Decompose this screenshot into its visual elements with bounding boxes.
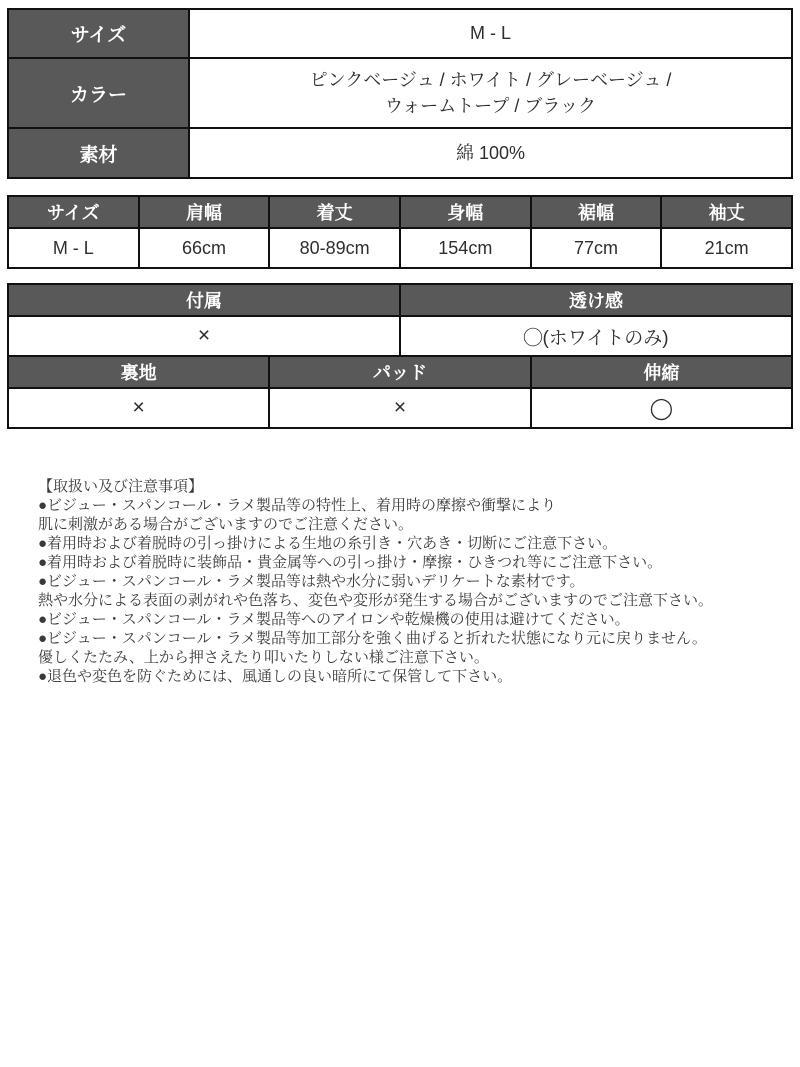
meas-value-size: M - L [8, 228, 139, 268]
spec-table: サイズ M - L カラー ピンクベージュ / ホワイト / グレーベージュ /… [7, 8, 793, 179]
care-note-line: 熱や水分による表面の剥がれや色落ち、変色や変形が発生する場合がございますのでご注… [38, 591, 783, 610]
care-note-line: ●ビジュー・スパンコール・ラメ製品等加工部分を強く曲げると折れた状態になり元に戻… [38, 629, 783, 648]
spec-label-size: サイズ [8, 9, 189, 58]
feat-header-stretch: 伸縮 [531, 356, 792, 388]
meas-header-shoulder: 肩幅 [139, 196, 270, 228]
feature-table-top: 付属 透け感 × ◯(ホワイトのみ) [7, 283, 793, 357]
feat-value-lining: × [8, 388, 269, 428]
care-note-line: ●退色や変色を防ぐためには、風通しの良い暗所にて保管して下さい。 [38, 667, 783, 686]
meas-value-bodywidth: 154cm [400, 228, 531, 268]
care-note-line: ●ビジュー・スパンコール・ラメ製品等の特性上、着用時の摩擦や衝撃により [38, 496, 783, 515]
product-spec-sheet: サイズ M - L カラー ピンクベージュ / ホワイト / グレーベージュ /… [0, 0, 800, 1067]
spec-value-color: ピンクベージュ / ホワイト / グレーベージュ / ウォームトープ / ブラッ… [189, 58, 792, 128]
feat-value-stretch: ◯ [531, 388, 792, 428]
care-note-line: 優しくたたみ、上から押さえたり叩いたりしない様ご注意下さい。 [38, 648, 783, 667]
feat-header-sheerness: 透け感 [400, 284, 792, 316]
spec-label-material: 素材 [8, 128, 189, 178]
meas-value-shoulder: 66cm [139, 228, 270, 268]
feat-value-sheerness: ◯(ホワイトのみ) [400, 316, 792, 356]
measurement-value-row: M - L 66cm 80-89cm 154cm 77cm 21cm [8, 228, 792, 268]
meas-value-hemwidth: 77cm [531, 228, 662, 268]
feat-header-lining: 裏地 [8, 356, 269, 388]
feature-bottom-value-row: × × ◯ [8, 388, 792, 428]
care-notes: 【取扱い及び注意事項】 ●ビジュー・スパンコール・ラメ製品等の特性上、着用時の摩… [7, 477, 793, 686]
care-notes-title: 【取扱い及び注意事項】 [38, 477, 783, 496]
meas-header-bodywidth: 身幅 [400, 196, 531, 228]
meas-header-hemwidth: 裾幅 [531, 196, 662, 228]
meas-header-sleeve: 袖丈 [661, 196, 792, 228]
spec-label-color: カラー [8, 58, 189, 128]
meas-header-size: サイズ [8, 196, 139, 228]
measurement-header-row: サイズ 肩幅 着丈 身幅 裾幅 袖丈 [8, 196, 792, 228]
spec-row-color: カラー ピンクベージュ / ホワイト / グレーベージュ / ウォームトープ /… [8, 58, 792, 128]
feature-table-bottom: 裏地 パッド 伸縮 × × ◯ [7, 355, 793, 429]
meas-value-length: 80-89cm [269, 228, 400, 268]
spec-row-size: サイズ M - L [8, 9, 792, 58]
care-note-line: ●ビジュー・スパンコール・ラメ製品等へのアイロンや乾燥機の使用は避けてください。 [38, 610, 783, 629]
care-note-line: ●着用時および着脱時に装飾品・貴金属等への引っ掛け・摩擦・ひきつれ等にご注意下さ… [38, 553, 783, 572]
spec-value-material: 綿 100% [189, 128, 792, 178]
care-note-line: ●着用時および着脱時の引っ掛けによる生地の糸引き・穴あき・切断にご注意下さい。 [38, 534, 783, 553]
feat-value-accessory: × [8, 316, 400, 356]
measurement-table: サイズ 肩幅 着丈 身幅 裾幅 袖丈 M - L 66cm 80-89cm 15… [7, 195, 793, 269]
meas-value-sleeve: 21cm [661, 228, 792, 268]
feature-top-value-row: × ◯(ホワイトのみ) [8, 316, 792, 356]
care-note-line: ●ビジュー・スパンコール・ラメ製品等は熱や水分に弱いデリケートな素材です。 [38, 572, 783, 591]
meas-header-length: 着丈 [269, 196, 400, 228]
feat-header-accessory: 付属 [8, 284, 400, 316]
care-note-line: 肌に刺激がある場合がございますのでご注意ください。 [38, 515, 783, 534]
feat-value-pad: × [269, 388, 530, 428]
spec-row-material: 素材 綿 100% [8, 128, 792, 178]
feature-top-header-row: 付属 透け感 [8, 284, 792, 316]
feature-bottom-header-row: 裏地 パッド 伸縮 [8, 356, 792, 388]
spec-value-size: M - L [189, 9, 792, 58]
feat-header-pad: パッド [269, 356, 530, 388]
